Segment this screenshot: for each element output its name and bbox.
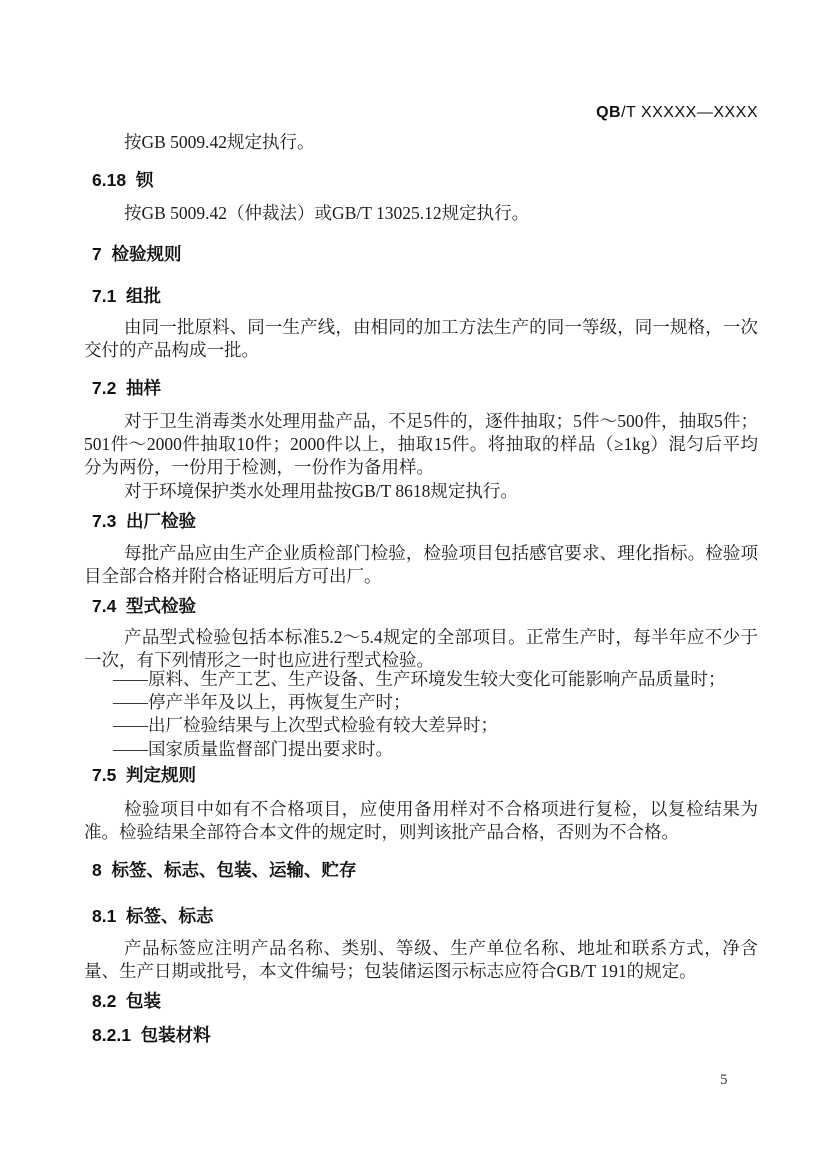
heading-6-18-barium: 6.18 钡 (92, 170, 758, 190)
clause-7-5-text: 检验项目中如有不合格项目，应使用备用样对不合格项进行复检，以复检结果为准。检验结… (84, 798, 758, 844)
heading-8-label-packaging: 8 标签、标志、包装、运输、贮存 (92, 860, 758, 880)
clause-7-4-text: 产品型式检验包括本标准5.2～5.4规定的全部项目。正常生产时，每半年应不少于一… (84, 626, 758, 672)
list-item: ——国家质量监督部门提出要求时。 (84, 738, 758, 761)
heading-7-3-factory-inspection: 7.3 出厂检验 (92, 511, 758, 531)
heading-7-1-batching: 7.1 组批 (92, 286, 758, 306)
clause-7-4-condition-list: ——原料、生产工艺、生产设备、生产环境发生较大变化可能影响产品质量时； ——停产… (84, 668, 758, 761)
heading-8-2-1-packaging-material: 8.2.1 包装材料 (92, 1025, 758, 1045)
clause-6-17-method-text: 按GB 5009.42规定执行。 (84, 131, 758, 154)
heading-7-inspection-rules: 7 检验规则 (92, 244, 758, 264)
document-content: QB/T XXXXX—XXXX 按GB 5009.42规定执行。 6.18 钡 … (84, 0, 758, 1169)
list-item: ——原料、生产工艺、生产设备、生产环境发生较大变化可能影响产品质量时； (84, 668, 758, 691)
list-item: ——出厂检验结果与上次型式检验有较大差异时； (84, 714, 758, 737)
page-number: 5 (720, 1071, 728, 1089)
clause-8-1-text: 产品标签应注明产品名称、类别、等级、生产单位名称、地址和联系方式，净含量、生产日… (84, 937, 758, 983)
heading-8-1-label-marking: 8.1 标签、标志 (92, 906, 758, 926)
clause-7-2-text-2: 对于环境保护类水处理用盐按GB/T 8618规定执行。 (84, 480, 758, 503)
clause-7-3-text: 每批产品应由生产企业质检部门检验，检验项目包括感官要求、理化指标。检验项目全部合… (84, 542, 758, 588)
document-page: QB/T XXXXX—XXXX 按GB 5009.42规定执行。 6.18 钡 … (0, 0, 826, 1169)
heading-8-2-packaging: 8.2 包装 (92, 991, 758, 1011)
clause-7-1-text: 由同一批原料、同一生产线，由相同的加工方法生产的同一等级，同一规格，一次交付的产… (84, 316, 758, 362)
doc-code-rest: /T XXXXX—XXXX (621, 104, 758, 121)
heading-7-2-sampling: 7.2 抽样 (92, 378, 758, 398)
page-header: QB/T XXXXX—XXXX (84, 103, 758, 123)
clause-6-18-method-text: 按GB 5009.42（仲裁法）或GB/T 13025.12规定执行。 (84, 202, 758, 225)
heading-7-4-type-inspection: 7.4 型式检验 (92, 596, 758, 616)
list-item: ——停产半年及以上，再恢复生产时； (84, 691, 758, 714)
heading-7-5-judgement-rules: 7.5 判定规则 (92, 765, 758, 785)
clause-7-2-text-1: 对于卫生消毒类水处理用盐产品，不足5件的，逐件抽取；5件～500件，抽取5件；5… (84, 410, 758, 480)
doc-code-prefix: QB (596, 104, 621, 121)
